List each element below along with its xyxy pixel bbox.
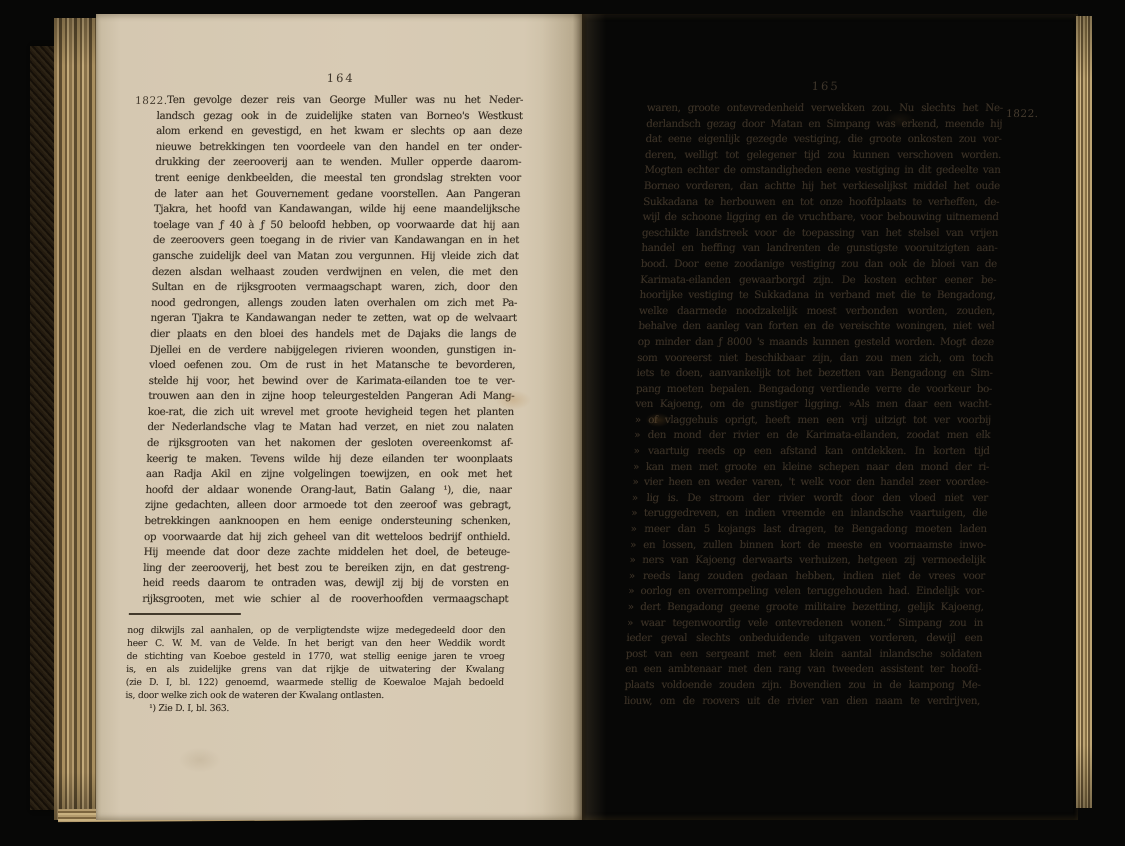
- book-spine-cloth: [30, 46, 54, 810]
- left-page-text-column: 164 1822. Ten gevolge dezer reis van Geo…: [139, 70, 524, 715]
- left-page-number: 164: [158, 70, 524, 86]
- book-scan: 164 1822. Ten gevolge dezer reis van Geo…: [0, 0, 1125, 846]
- right-page-text-column: 165 1822. waren, groote ontevredenheid v…: [624, 78, 1004, 709]
- footnote-separator-rule: [129, 613, 241, 615]
- left-fore-edge-pages: [54, 18, 96, 820]
- right-margin-year: 1822.: [1006, 108, 1039, 120]
- left-page-footnote: nog dikwijls zal aanhalen, op de verplig…: [125, 624, 505, 702]
- left-margin-year: 1822.: [135, 95, 168, 107]
- right-fore-edge-pages: [1076, 16, 1092, 808]
- right-page-body-text: waren, groote ontevredenheid verwekken z…: [624, 101, 1003, 709]
- right-page-number: 165: [647, 78, 1004, 94]
- left-page-body-text: Ten gevolge dezer reis van George Muller…: [142, 93, 523, 608]
- footnote-marker-line: ¹) Zie D. I, bl. 363.: [125, 702, 505, 715]
